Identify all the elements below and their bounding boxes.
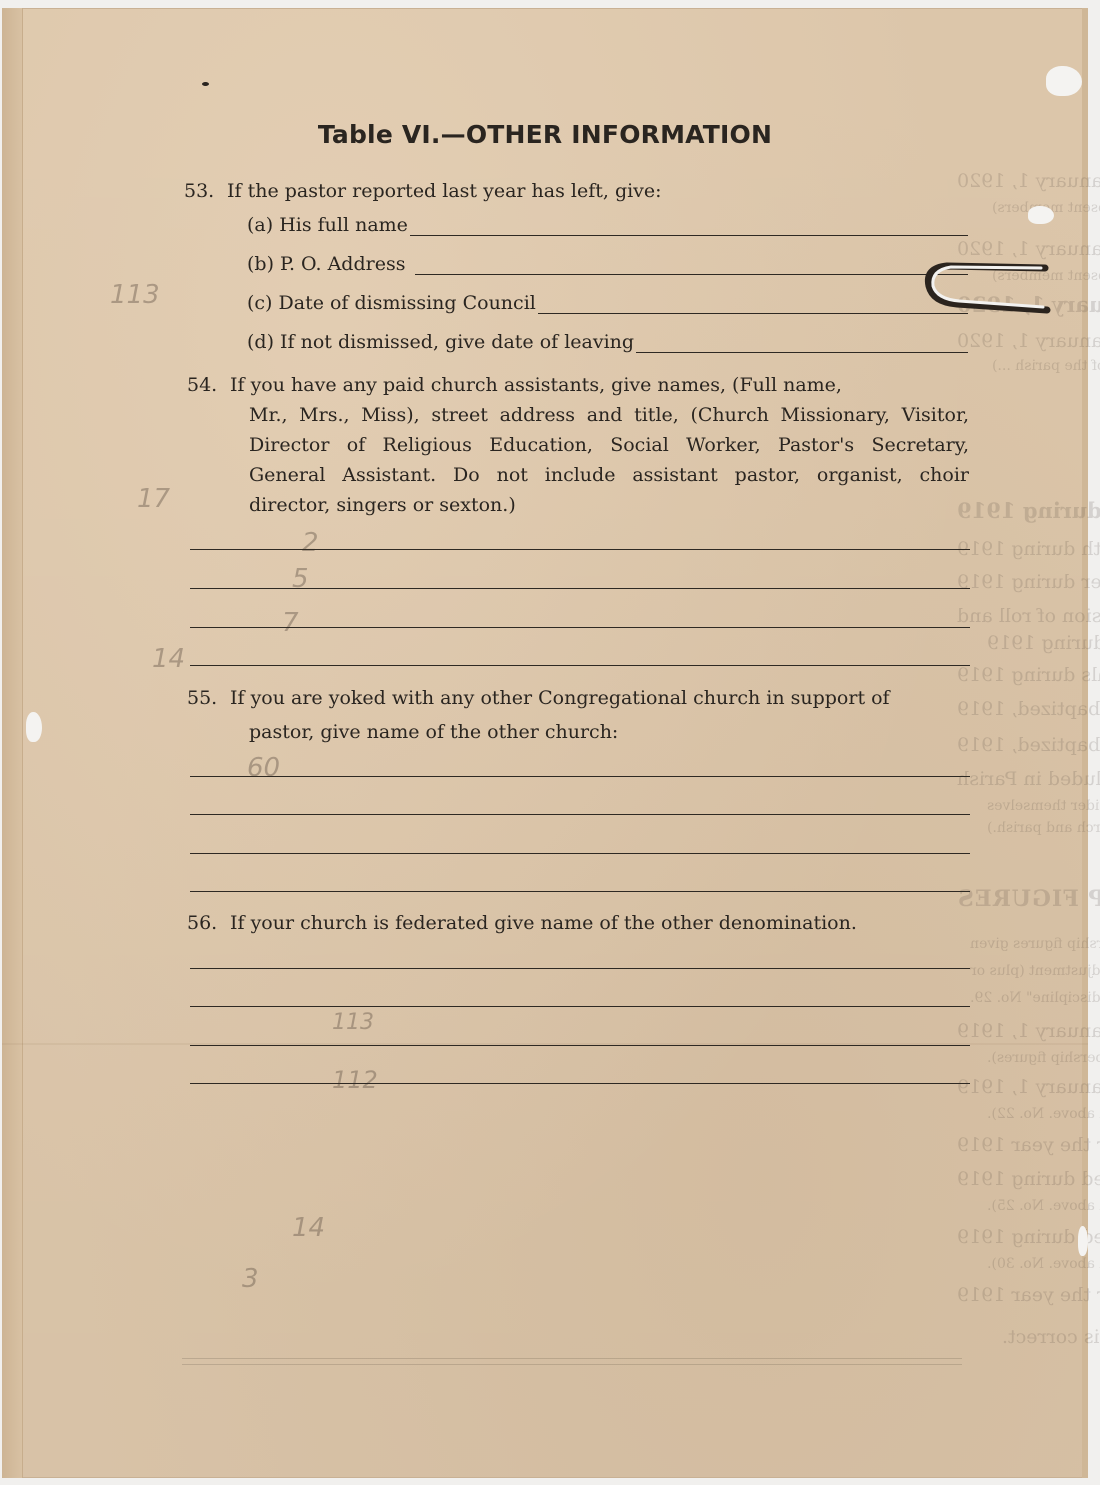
pencil-mark: 3 [242,1264,259,1294]
answer-line[interactable] [190,1083,970,1084]
bleed-rule [182,1364,962,1365]
binding-edge [2,8,23,1478]
paper-tear [1046,66,1082,96]
question-number: 55. [187,683,230,713]
bleed-text: Total number of members, January 1, 1919 [957,1076,1100,1098]
pencil-mark: 112 [332,1066,378,1094]
field-label: (c) Date of dismissing Council [247,292,536,314]
date-of-leaving-input[interactable] [636,334,968,353]
pencil-mark: 14 [292,1213,325,1243]
pencil-mark: 14 [152,644,185,674]
bleed-text: 18. Number of male members, January 1, 1… [957,170,1100,192]
bleed-text: 21. Number of absent members, January 1,… [957,330,1100,352]
answer-line[interactable] [190,814,970,815]
page-title: Table VI.—OTHER INFORMATION [2,120,1088,149]
question-text: If you are yoked with any other Congrega… [230,687,890,709]
pencil-mark: 5 [292,564,309,594]
answer-line[interactable] [190,968,970,969]
answer-line[interactable] [190,627,970,628]
pencil-mark: 60 [247,753,280,783]
question-text: If you have any paid church assistants, … [230,374,842,396]
question-55: 55.If you are yoked with any other Congr… [187,683,969,747]
bleed-text: 28. Total Number of removals during 1919 [957,664,1100,686]
document-page: 18. Number of male members, January 1, 1… [2,8,1088,1478]
question-number: 56. [187,908,230,938]
bleed-text: Difference gives the net gain or loss fo… [957,1134,1100,1156]
bleed-text: 25. Number removed by death during 1919 [957,538,1100,560]
question-text-continued: Mr., Mrs., Miss), street address and tit… [187,400,969,520]
answer-line[interactable] [190,1006,970,1007]
pencil-mark: 7 [282,608,299,638]
field-label: (d) If not dismissed, give date of leavi… [247,331,634,353]
ink-speck [202,82,209,86]
bleed-text: 26. Number dismissed by letter during 19… [957,571,1100,593]
pencil-mark: 17 [137,484,170,514]
field-po-address[interactable]: (b) P. O. Address [247,253,968,275]
bleed-text: 24. Total number admitted during 1919 [957,498,1100,523]
answer-line[interactable] [190,588,970,589]
question-text-continued: pastor, give name of the other church: [187,717,969,747]
question-54: 54.If you have any paid church assistant… [187,370,969,520]
answer-line[interactable] [190,891,970,892]
bleed-text: 31. Number of Families included in Paris… [957,768,1100,790]
bleed-text: minus) under "Number removed by revision… [970,990,1100,1006]
question-number: 53. [184,176,227,206]
paper-tear [1028,206,1054,224]
question-number: 54. [187,370,230,400]
full-name-input[interactable] [410,217,968,236]
field-dismissing-council-date[interactable]: (c) Date of dismissing Council [247,292,968,314]
bleed-text: 27. Number removed by revision of roll a… [957,605,1100,627]
pencil-mark: 2 [302,528,319,558]
field-full-name[interactable]: (a) His full name [247,214,968,236]
question-53: 53.If the pastor reported last year has … [184,176,662,206]
field-label: (b) P. O. Address [247,253,405,275]
bleed-text: 19. Number of female members, January 1,… [957,238,1100,260]
pencil-mark: 113 [332,1010,374,1035]
bleed-text: Note: Comparisons must be made with tota… [970,936,1100,952]
field-date-of-leaving[interactable]: (d) If not dismissed, give date of leavi… [247,331,968,353]
po-address-input[interactable] [415,256,968,275]
bleed-text: Difference gives the net gain or loss fo… [957,1284,1100,1306]
bleed-text: 29. Number of Adults baptized, 1919 [957,698,1100,720]
bleed-text: 30. Number of Infants baptized, 1919 [957,734,1100,756]
pencil-mark: 113 [110,280,160,310]
staple-hole-icon [917,258,1057,318]
answer-line[interactable] [190,665,970,666]
bleed-rule [182,1358,962,1359]
question-text: If the pastor reported last year has lef… [227,180,662,202]
dismissing-council-date-input[interactable] [538,295,968,314]
field-label: (a) His full name [247,214,408,236]
answer-line[interactable] [190,853,970,854]
answer-line[interactable] [190,1045,970,1046]
question-text: If your church is federated give name of… [230,912,857,934]
paper-tear [26,712,42,742]
answer-line[interactable] [190,776,970,777]
bleed-text: Total number of members, January 1, 1919 [957,1020,1100,1042]
bleed-text: Total number admitted during 1919 [957,1168,1100,1190]
bleed-text: SUGGESTIONS FOR PROVING MEMBERSHIP FIGUR… [957,886,1100,912]
question-56: 56.If your church is federated give name… [187,908,969,938]
right-edge [1082,8,1088,1478]
bleed-text: in 1918 Year Book. If reported wrong las… [970,963,1100,979]
paper-tear [1078,1226,1088,1256]
answer-line[interactable] [190,549,970,550]
